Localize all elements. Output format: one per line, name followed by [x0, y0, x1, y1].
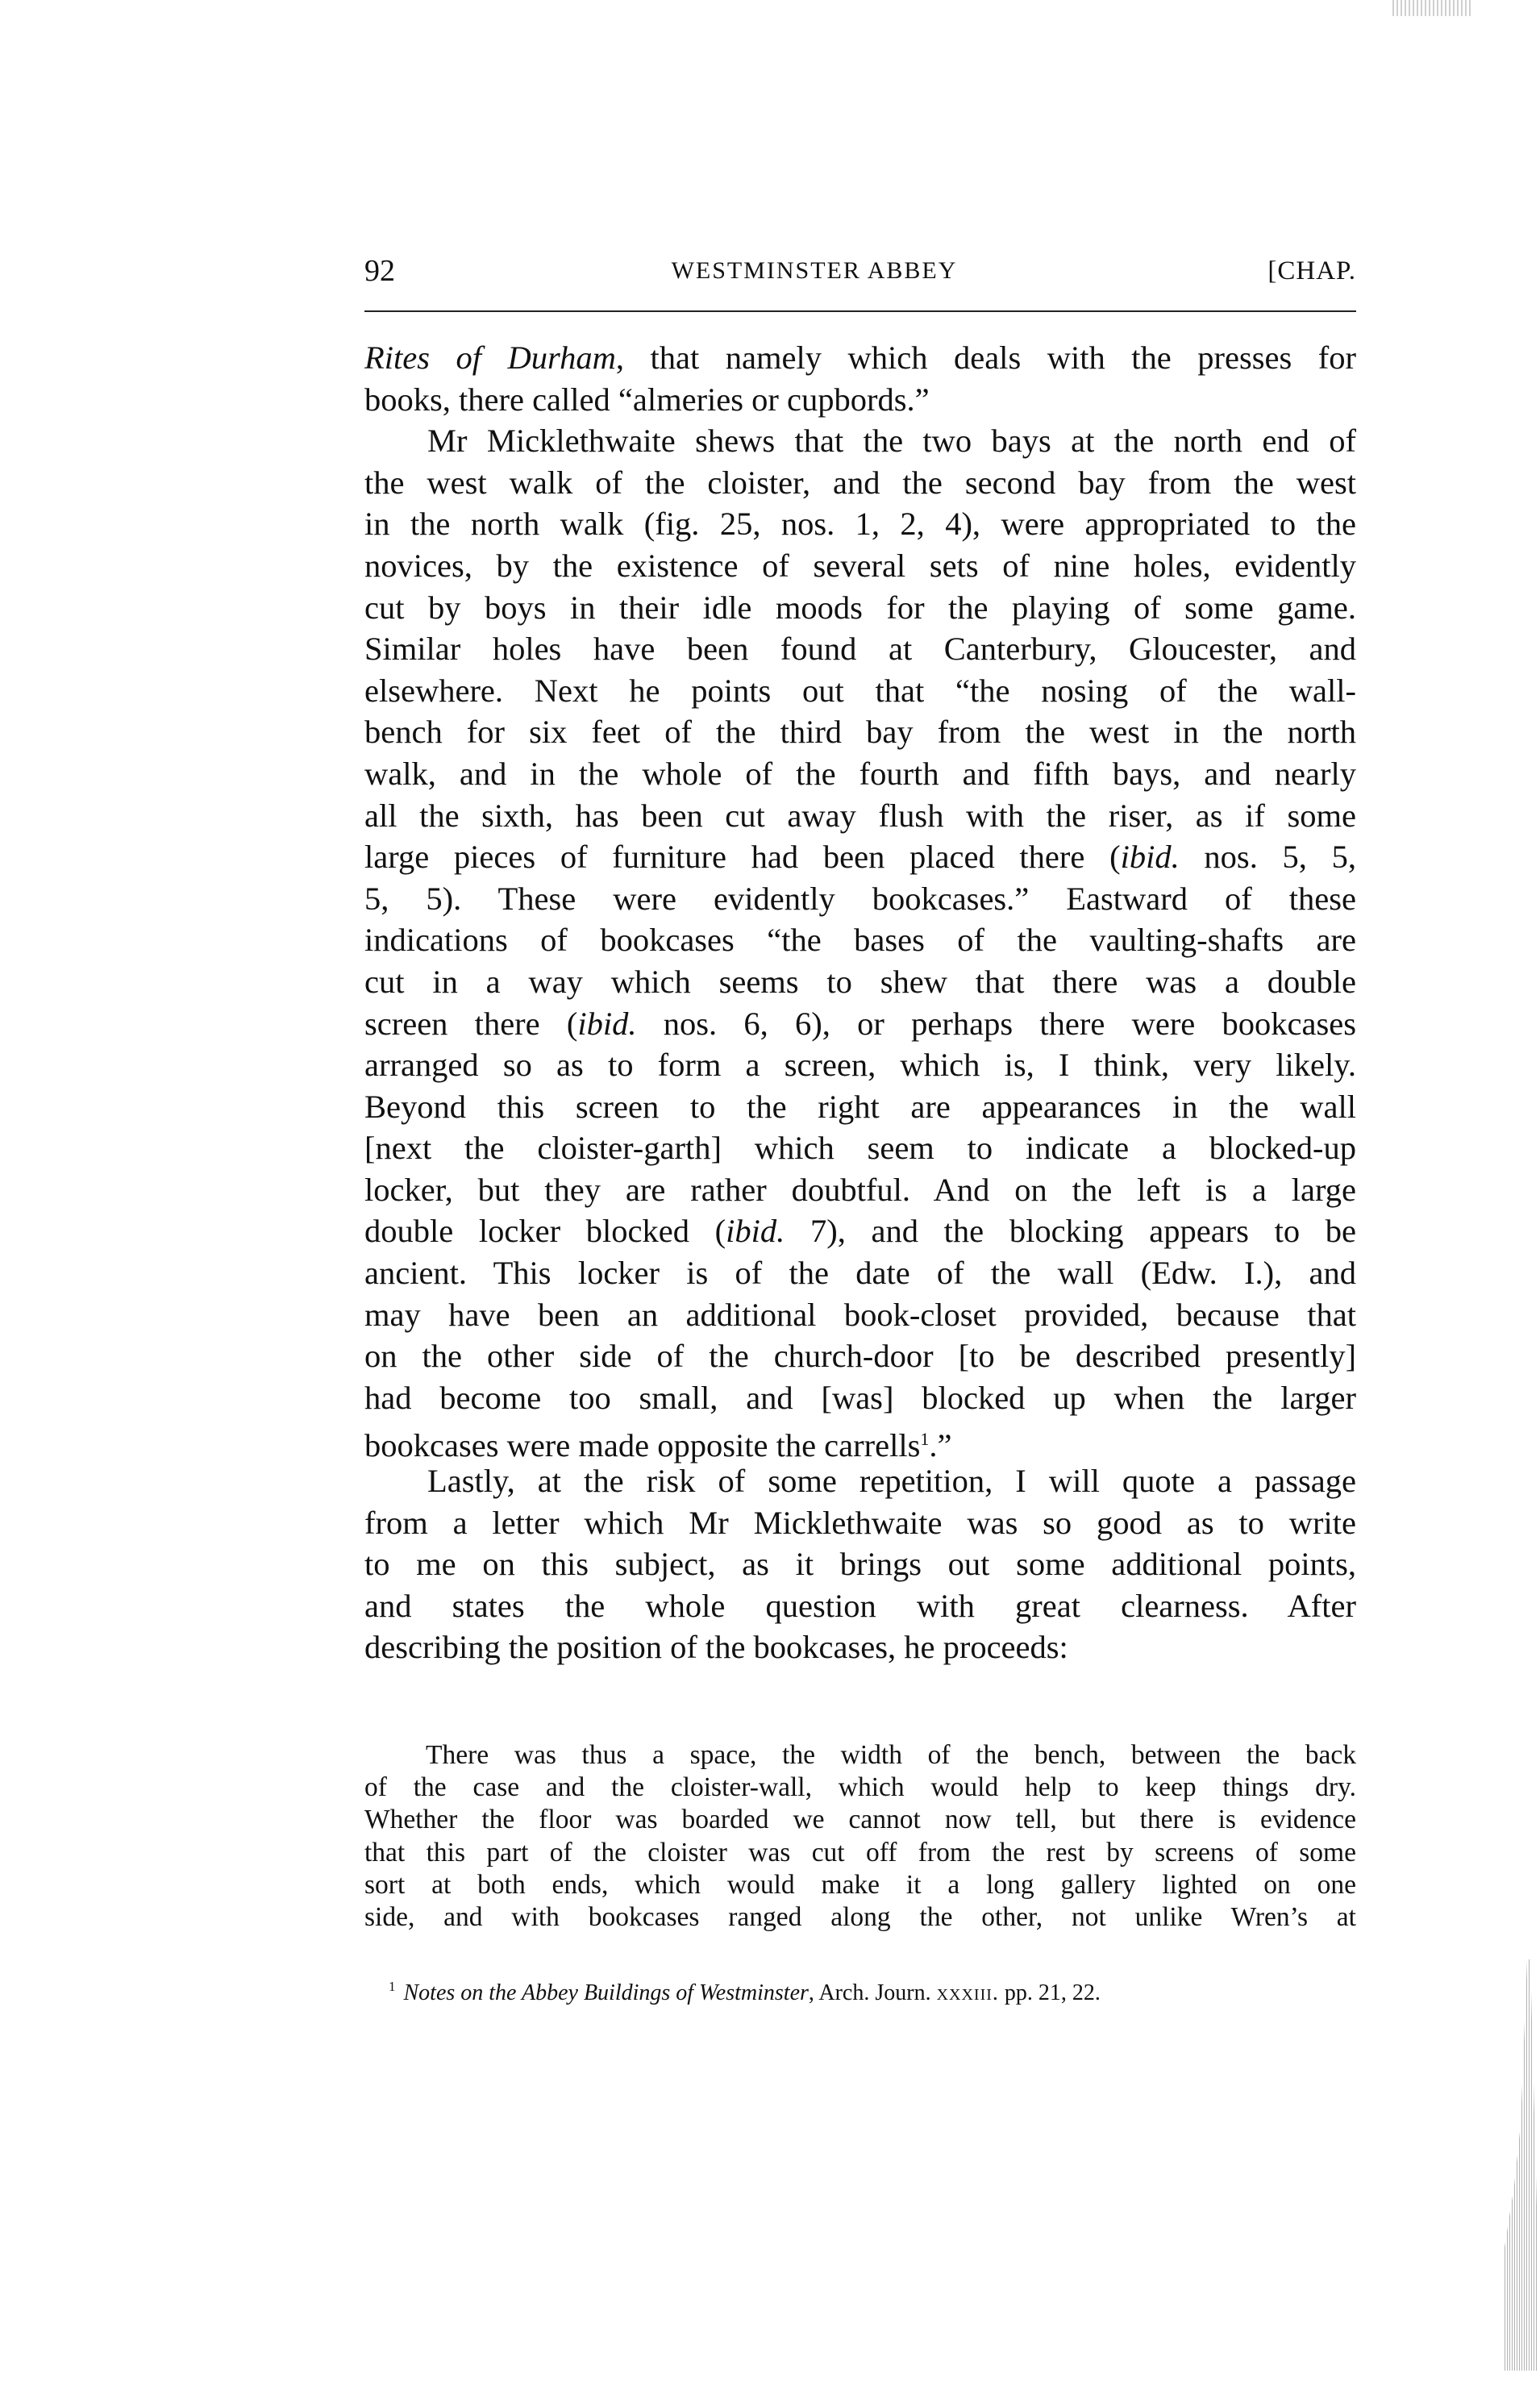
text-line: indications of bookcases “the bases of t…	[364, 919, 1356, 961]
text-segment: .”	[929, 1427, 951, 1464]
italic-text: ibid.	[577, 1006, 636, 1042]
text-line: Similar holes have been found at Canterb…	[364, 628, 1356, 670]
text-line: had become too small, and [was] blocked …	[364, 1377, 1356, 1419]
text-line: Rites of Durham, that namely which deals…	[364, 337, 1356, 379]
footnote-marker: 1	[389, 1979, 396, 1994]
text-line: in the north walk (fig. 25, nos. 1, 2, 4…	[364, 503, 1356, 545]
text-segment: Lastly, at the risk of some repetition, …	[427, 1463, 1356, 1499]
text-line: Mr Micklethwaite shews that the two bays…	[364, 420, 1356, 462]
text-segment: bookcases were made opposite the carrell…	[364, 1427, 920, 1464]
text-segment: 5, 5). These were evidently bookcases.” …	[364, 881, 1356, 917]
text-segment: cut in a way which seems to shew that th…	[364, 964, 1356, 1000]
text-segment: double locker blocked (	[364, 1213, 726, 1249]
text-line: walk, and in the whole of the fourth and…	[364, 753, 1356, 795]
text-line: large pieces of furniture had been place…	[364, 836, 1356, 878]
text-line: cut by boys in their idle moods for the …	[364, 587, 1356, 629]
quote-line: side, and with bookcases ranged along th…	[364, 1901, 1356, 1934]
text-line: locker, but they are rather doubtful. An…	[364, 1169, 1356, 1211]
text-segment: the west walk of the cloister, and the s…	[364, 464, 1356, 501]
text-segment: elsewhere. Next he points out that “the …	[364, 672, 1356, 709]
text-line: on the other side of the church-door [to…	[364, 1335, 1356, 1377]
scan-artifact-side	[1505, 1959, 1537, 2371]
text-segment: arranged so as to form a screen, which i…	[364, 1047, 1356, 1083]
text-segment: Mr Micklethwaite shews that the two bays…	[427, 423, 1356, 459]
text-segment: novices, by the existence of several set…	[364, 548, 1356, 584]
text-line: the west walk of the cloister, and the s…	[364, 462, 1356, 504]
scan-artifact-top	[1392, 0, 1473, 16]
text-line: may have been an additional book-closet …	[364, 1294, 1356, 1336]
italic-text: ibid.	[726, 1213, 785, 1249]
text-segment: nos. 6, 6), or perhaps there were bookca…	[637, 1006, 1356, 1042]
text-line: elsewhere. Next he points out that “the …	[364, 670, 1356, 712]
text-segment: had become too small, and [was] blocked …	[364, 1380, 1356, 1416]
block-quote: There was thus a space, the width of the…	[364, 1739, 1356, 1934]
text-segment: screen there (	[364, 1006, 577, 1042]
quote-line: that this part of the cloister was cut o…	[364, 1837, 1356, 1869]
text-line: ancient. This locker is of the date of t…	[364, 1252, 1356, 1294]
text-segment: 7), and the blocking appears to be	[785, 1213, 1356, 1249]
text-segment: may have been an additional book-closet …	[364, 1297, 1356, 1333]
quote-line: Whether the floor was boarded we cannot …	[364, 1804, 1356, 1836]
text-segment: bench for six feet of the third bay from…	[364, 714, 1356, 750]
text-line: books, there called “almeries or cupbord…	[364, 379, 1356, 421]
text-segment: Beyond this screen to the right are appe…	[364, 1089, 1356, 1125]
footnote: 1Notes on the Abbey Buildings of Westmin…	[389, 1972, 1356, 2008]
running-head: 92 WESTMINSTER ABBEY [CHAP.	[364, 252, 1356, 290]
footnote-title: Notes on the Abbey Buildings of Westmins…	[404, 1980, 809, 2005]
footnote-volume: xxxiii.	[937, 1980, 999, 2005]
chapter-marker: [CHAP.	[1267, 252, 1356, 290]
text-line: and states the whole question with great…	[364, 1585, 1356, 1627]
footnote-ref: 1	[920, 1429, 929, 1449]
text-segment: books, there called “almeries or cupbord…	[364, 381, 930, 418]
text-segment: to me on this subject, as it brings out …	[364, 1546, 1356, 1582]
text-segment: nos. 5, 5,	[1180, 839, 1356, 875]
body-text: Rites of Durham, that namely which deals…	[364, 337, 1356, 1668]
text-segment: and states the whole question with great…	[364, 1588, 1356, 1624]
text-segment: , that namely which deals with the press…	[616, 339, 1356, 376]
text-segment: walk, and in the whole of the fourth and…	[364, 756, 1356, 792]
running-title: WESTMINSTER ABBEY	[364, 252, 1264, 290]
text-line: cut in a way which seems to shew that th…	[364, 961, 1356, 1003]
text-segment: indications of bookcases “the bases of t…	[364, 922, 1356, 958]
text-line: to me on this subject, as it brings out …	[364, 1543, 1356, 1585]
text-segment: locker, but they are rather doubtful. An…	[364, 1172, 1356, 1208]
text-line: [next the cloister-garth] which seem to …	[364, 1127, 1356, 1169]
italic-text: ibid.	[1121, 839, 1180, 875]
text-segment: from a letter which Mr Micklethwaite was…	[364, 1505, 1356, 1541]
text-line: from a letter which Mr Micklethwaite was…	[364, 1502, 1356, 1544]
text-segment: describing the position of the bookcases…	[364, 1629, 1068, 1665]
text-line: Beyond this screen to the right are appe…	[364, 1086, 1356, 1128]
italic-text: Rites of Durham	[364, 339, 616, 376]
text-segment: on the other side of the church-door [to…	[364, 1338, 1356, 1374]
text-segment: Similar holes have been found at Canterb…	[364, 631, 1356, 667]
text-line: Lastly, at the risk of some repetition, …	[364, 1460, 1356, 1502]
text-segment: ancient. This locker is of the date of t…	[364, 1255, 1356, 1291]
text-segment: cut by boys in their idle moods for the …	[364, 589, 1356, 626]
text-line: novices, by the existence of several set…	[364, 545, 1356, 587]
text-segment: in the north walk (fig. 25, nos. 1, 2, 4…	[364, 506, 1356, 542]
footnote-journal: , Arch. Journ.	[809, 1980, 937, 2005]
text-segment: large pieces of furniture had been place…	[364, 839, 1121, 875]
text-line: 5, 5). These were evidently bookcases.” …	[364, 878, 1356, 920]
text-line: bench for six feet of the third bay from…	[364, 711, 1356, 753]
quote-line: of the case and the cloister-wall, which…	[364, 1772, 1356, 1804]
text-line: bookcases were made opposite the carrell…	[364, 1418, 1356, 1460]
text-line: double locker blocked (ibid. 7), and the…	[364, 1210, 1356, 1252]
quote-line: sort at both ends, which would make it a…	[364, 1869, 1356, 1901]
text-line: describing the position of the bookcases…	[364, 1626, 1356, 1668]
text-line: screen there (ibid. nos. 6, 6), or perha…	[364, 1003, 1356, 1045]
text-segment: all the sixth, has been cut away flush w…	[364, 797, 1356, 834]
text-segment: [next the cloister-garth] which seem to …	[364, 1130, 1356, 1166]
text-line: all the sixth, has been cut away flush w…	[364, 795, 1356, 837]
header-rule	[364, 310, 1356, 312]
quote-line: There was thus a space, the width of the…	[364, 1739, 1356, 1772]
footnote-pages: pp. 21, 22.	[999, 1980, 1101, 2005]
text-line: arranged so as to form a screen, which i…	[364, 1044, 1356, 1086]
